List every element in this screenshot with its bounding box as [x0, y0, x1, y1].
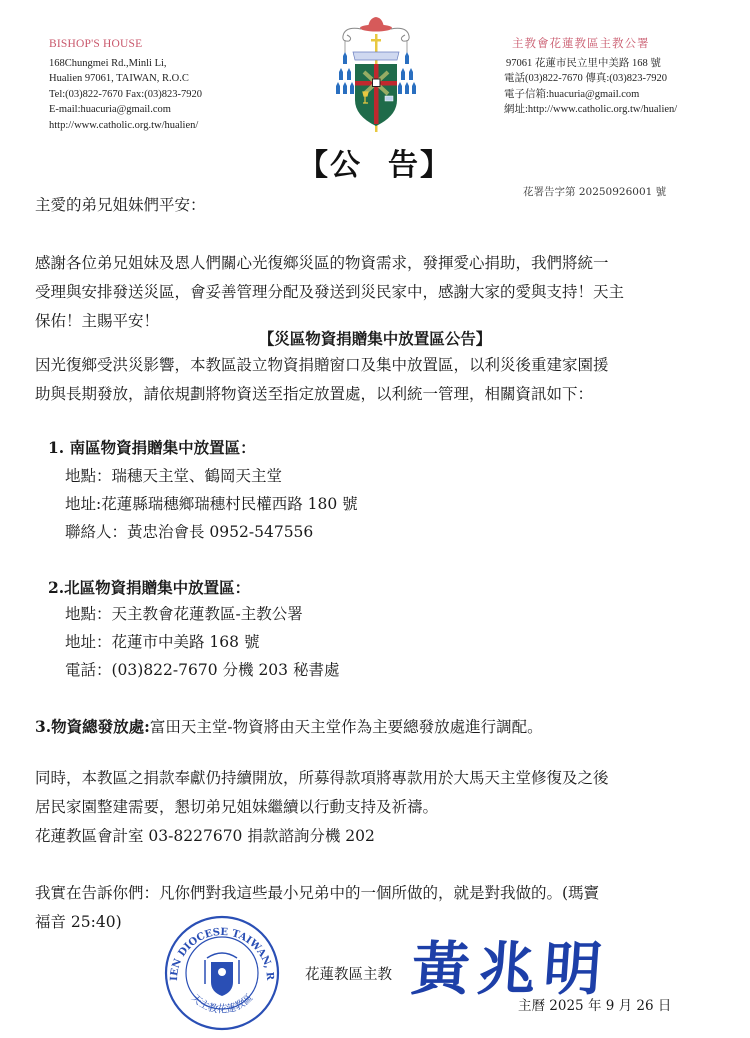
- location: 地點：天主教會花蓮教區-主教公署: [65, 600, 339, 628]
- address: 地址：花蓮市中美路 168 號: [65, 628, 339, 656]
- letterhead-address-line: Hualien 97061, TAIWAN, R.O.C: [49, 71, 202, 87]
- letterhead-email: 電子信箱:huacuria@gmail.com: [504, 87, 677, 103]
- letterhead-english-title: BISHOP'S HOUSE: [49, 37, 202, 53]
- thanks-paragraph: 感謝各位弟兄姐妹及恩人們關心光復鄉災區的物資需求，發揮愛心捐助，我們將統一 受理…: [35, 249, 725, 336]
- distribution-text: 富田天主堂-物資將由天主堂作為主要總發放處進行調配。: [150, 718, 543, 736]
- page-title: 【公告】: [0, 140, 750, 184]
- letterhead-address-line: 97061 花蓮市民立里中美路 168 號: [504, 56, 677, 72]
- donation-paragraph: 同時，本教區之捐款奉獻仍持續開放，所募得款項將專款用於大馬天主堂修復及之後 居民…: [35, 764, 725, 851]
- section-title: 【災區物資捐贈集中放置區公告】: [0, 327, 750, 349]
- phone: 電話：(03)822-7670 分機 203 秘書處: [65, 656, 339, 684]
- contact: 聯絡人：黃忠治會長 0952-547556: [65, 518, 358, 546]
- letterhead-chinese-title: 主教會花蓮教區主教公署: [504, 37, 677, 53]
- document-date: 主曆 2025 年 9 月 26 日: [518, 994, 671, 1014]
- address: 地址:花蓮縣瑞穗鄉瑞穗村民權西路 180 號: [65, 490, 358, 518]
- diocese-seal-icon: HUALIEN DIOCESE TAIWAN, R. O. C. ★ 天主教花蓮…: [163, 914, 281, 1032]
- greeting: 主愛的弟兄姐妹們平安：: [35, 193, 206, 215]
- letterhead-website: http://www.catholic.org.tw/hualien/: [49, 118, 202, 134]
- south-area-heading: 1. 南區物資捐贈集中放置區：: [48, 436, 256, 458]
- intro-paragraph: 因光復鄉受洪災影響，本教區設立物資捐贈窗口及集中放置區，以利災後重建家園援 助與…: [35, 351, 725, 409]
- signer-title: 花蓮教區主教: [305, 963, 392, 984]
- letterhead-phone: Tel:(03)822-7670 Fax:(03)823-7920: [49, 87, 202, 103]
- letterhead-english: BISHOP'S HOUSE 168Chungmei Rd.,Minli Li,…: [49, 37, 202, 133]
- distribution-heading: 3.物資總發放處:: [35, 717, 150, 736]
- north-area-heading: 2.北區物資捐贈集中放置區：: [48, 576, 250, 598]
- letterhead-phone: 電話(03)822-7670 傳真:(03)823-7920: [504, 71, 677, 87]
- north-area-details: 地點：天主教會花蓮教區-主教公署 地址：花蓮市中美路 168 號 電話：(03)…: [65, 600, 339, 684]
- letterhead-email: E-mail:huacuria@gmail.com: [49, 102, 202, 118]
- letterhead-address-line: 168Chungmei Rd.,Minli Li,: [49, 56, 202, 72]
- reference-number: 花署告字第 20250926001 號: [523, 184, 666, 199]
- coat-of-arms-icon: [333, 14, 419, 132]
- location: 地點：瑞穗天主堂、鶴岡天主堂: [65, 462, 358, 490]
- letterhead-chinese: 主教會花蓮教區主教公署 97061 花蓮市民立里中美路 168 號 電話(03)…: [504, 37, 677, 118]
- south-area-details: 地點：瑞穗天主堂、鶴岡天主堂 地址:花蓮縣瑞穗鄉瑞穗村民權西路 180 號 聯絡…: [65, 462, 358, 546]
- letterhead-website: 網址:http://www.catholic.org.tw/hualien/: [504, 102, 677, 118]
- distribution-center: 3.物資總發放處:富田天主堂-物資將由天主堂作為主要總發放處進行調配。: [35, 715, 543, 737]
- scripture-quote: 我實在告訴你們：凡你們對我這些最小兄弟中的一個所做的，就是對我做的。(瑪竇 福音…: [35, 879, 725, 937]
